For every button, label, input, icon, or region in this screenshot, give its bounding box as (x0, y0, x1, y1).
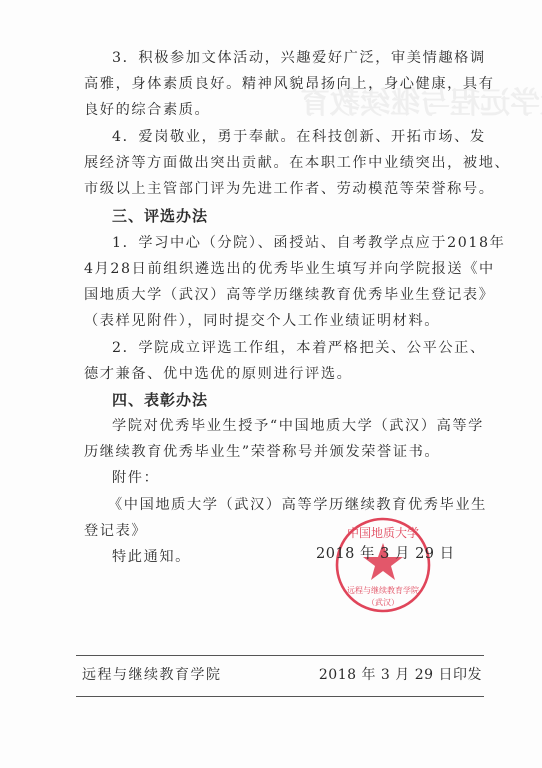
paragraph-line: 2．学院成立评选工作组，本着严格把关、公平公正、 (112, 336, 484, 361)
footer-issue-date: 2018 年 3 月 29 日印发 (319, 664, 482, 684)
paragraph-line: 3．积极参加文体活动，兴趣爱好广泛，审美情趣格调 (112, 46, 484, 71)
attachment-label: 附件： (112, 466, 484, 491)
paragraph-line: 良好的综合素质。 (84, 98, 484, 123)
paragraph-line: 4．爱岗敬业，勇于奉献。在科技创新、开拓市场、发 (112, 125, 484, 150)
paragraph-line: 学院对优秀毕业生授予“中国地质大学（武汉）高等学 (112, 414, 484, 439)
paragraph-line: 历继续教育优秀毕业生”荣誉称号并颁发荣誉证书。 (84, 440, 484, 465)
paragraph-line: 高雅，身体素质良好。精神风貌昂扬向上，身心健康，具有 (84, 72, 484, 97)
paragraph-line: 4月28日前组织遴选出的优秀毕业生填写并向学院报送《中 (84, 257, 484, 282)
footer-top-rule (76, 655, 484, 656)
paragraph-line: 国地质大学（武汉）高等学历继续教育优秀毕业生登记表》 (84, 283, 484, 308)
footer-bottom-rule (76, 696, 484, 697)
footer-issuer: 远程与继续教育学院 (82, 664, 222, 684)
section-heading-commendation: 四、表彰办法 (112, 388, 512, 413)
svg-text:远程与继续教育学院: 远程与继续教育学院 (347, 585, 419, 595)
paragraph-line: 市级以上主管部门评为先进工作者、劳动模范等荣誉称号。 (84, 177, 484, 202)
document-page: 中国地质大学远程与继续教育 3．积极参加文体活动，兴趣爱好广泛，审美情趣格调 高… (0, 0, 542, 768)
signature-date: 2018 年 3 月 29 日 (316, 542, 455, 563)
svg-text:中国地质大学: 中国地质大学 (347, 525, 419, 540)
paragraph-line: （表样见附件），同时提交个人工作业绩证明材料。 (84, 309, 484, 334)
paragraph-line: 展经济等方面做出突出贡献。在本职工作中业绩突出，被地、 (84, 151, 484, 176)
svg-text:（武汉）: （武汉） (367, 597, 399, 607)
official-seal-icon: 中国地质大学 远程与继续教育学院 （武汉） (333, 515, 433, 615)
paragraph-line: 1．学习中心（分院）、函授站、自考教学点应于2018年 (112, 231, 484, 256)
section-heading-evaluation: 三、评选办法 (112, 204, 512, 229)
paragraph-line: 德才兼备、优中选优的原则进行评选。 (84, 362, 484, 387)
